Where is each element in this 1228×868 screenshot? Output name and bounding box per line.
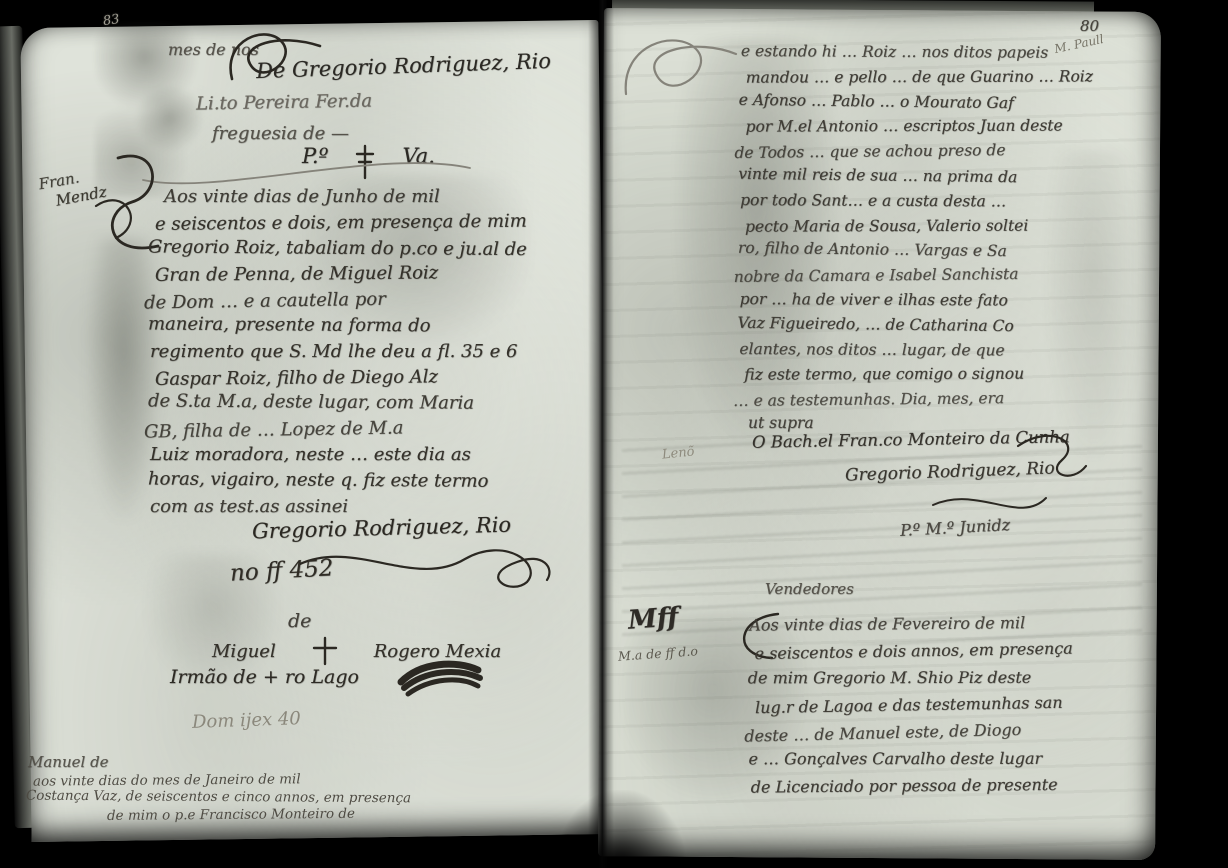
manuscript-line: fiz este termo, que comigo o signou: [744, 362, 1104, 388]
manuscript-line: por M.el Antonio … escriptos Juan deste: [745, 114, 1105, 140]
manuscript-line: pecto Maria de Sousa, Valerio soltei: [745, 213, 1105, 239]
left-folio-smudge: 83: [102, 12, 120, 29]
witness-name: Miguel: [212, 641, 276, 662]
manuscript-line: horas, vigairo, neste q. fiz este termo: [148, 466, 588, 495]
manuscript-line: GB, filha de … Lopez de M.a: [144, 413, 584, 446]
section-label: Vendedores: [765, 580, 854, 598]
margin-rubric: Mff: [627, 602, 679, 635]
bottom-margin-note: Manuel de aos vinte dias do mes de Janei…: [28, 754, 413, 824]
manuscript-line: de mim Gregorio M. Shio Piz deste: [748, 664, 1118, 692]
connective-word: de: [288, 610, 311, 632]
manuscript-line: nobre da Camara e Isabel Sanchista: [734, 261, 1094, 290]
margin-flourish: [616, 24, 746, 109]
manuscript-line: Gaspar Roiz, filho de Diego Alz: [155, 363, 595, 393]
manuscript-line: e seiscentos e dois, em presença de mim: [155, 208, 595, 238]
manuscript-line: Luiz moradora, neste … este dia as: [150, 442, 590, 468]
manuscript-line: maneira, presente na forma do: [148, 311, 588, 340]
margin-note-line: Costança Vaz, de seiscentos e cinco anno…: [26, 788, 411, 808]
witness-signature: P.º M.º Junidz: [900, 515, 1011, 540]
handwriting-layer: 83 mes de nos De Gregorio Rodriguez, Rio…: [0, 0, 1228, 868]
witness-signature-line: Irmão de + ro Lago: [170, 666, 359, 688]
manuscript-line: por todo Sant… e a custa desta …: [740, 188, 1100, 215]
margin-rubric-caption: M.a de ff d.o: [618, 643, 699, 664]
faint-margin-scribble: Lenõ: [661, 444, 695, 462]
faded-docket-line: Dom ijex 40: [192, 708, 301, 733]
closing-formula: ut supra: [748, 414, 814, 432]
manuscript-line: mandou … e pello … de que Guarino … Roiz: [746, 64, 1106, 90]
manuscript-line: e estando hi … Roiz … nos ditos papeis: [741, 39, 1101, 66]
heavy-rubric-blob: [396, 652, 491, 700]
manuscript-line: regimento que S. Md lhe deu a fl. 35 e 6: [150, 339, 590, 365]
cross-mark-icon: [310, 636, 340, 666]
manuscript-line: e Afonso … Pablo … o Mourato Gaf: [739, 87, 1099, 116]
manuscript-line: por … ha de viver e ilhas este fato: [740, 287, 1100, 314]
signature-flourish: [295, 534, 565, 594]
manuscript-line: e … Gonçalves Carvalho deste lugar: [748, 745, 1118, 773]
manuscript-line: Gregorio Roiz, tabaliam do p.co e ju.al …: [148, 234, 588, 263]
manuscript-line: Aos vinte dias de Junho de mil: [150, 184, 590, 210]
right-entry-body: e estando hi … Roiz … nos ditos papeis m…: [739, 39, 1101, 413]
manuscript-line: Vaz Figueiredo, … de Catharina Co: [737, 311, 1097, 340]
manuscript-line: e seiscentos e dois annos, em presença: [754, 634, 1124, 667]
margin-note-line: Manuel de: [28, 754, 413, 772]
left-entry-body: Aos vinte dias de Junho de mil e seiscen…: [150, 184, 590, 519]
margin-note-line: de mim o p.e Francisco Monteiro de: [33, 805, 418, 826]
manuscript-line: vinte mil reis de sua … na prima da: [738, 162, 1098, 191]
manuscript-line: de Licenciado por pessoa de presente: [751, 770, 1121, 800]
manuscript-line: elantes, nos ditos … lugar, de que: [739, 337, 1099, 364]
folio-reference: no ff 452: [229, 555, 334, 586]
manuscript-photograph: 83 mes de nos De Gregorio Rodriguez, Rio…: [0, 0, 1228, 868]
left-heading-line: Li.to Pereira Fer.da: [196, 90, 372, 114]
manuscript-line: … e as testemunhas. Dia, mes, era: [733, 385, 1093, 414]
right-second-entry-body: Aos vinte dias de Fevereiro de mil e sei…: [749, 608, 1121, 800]
